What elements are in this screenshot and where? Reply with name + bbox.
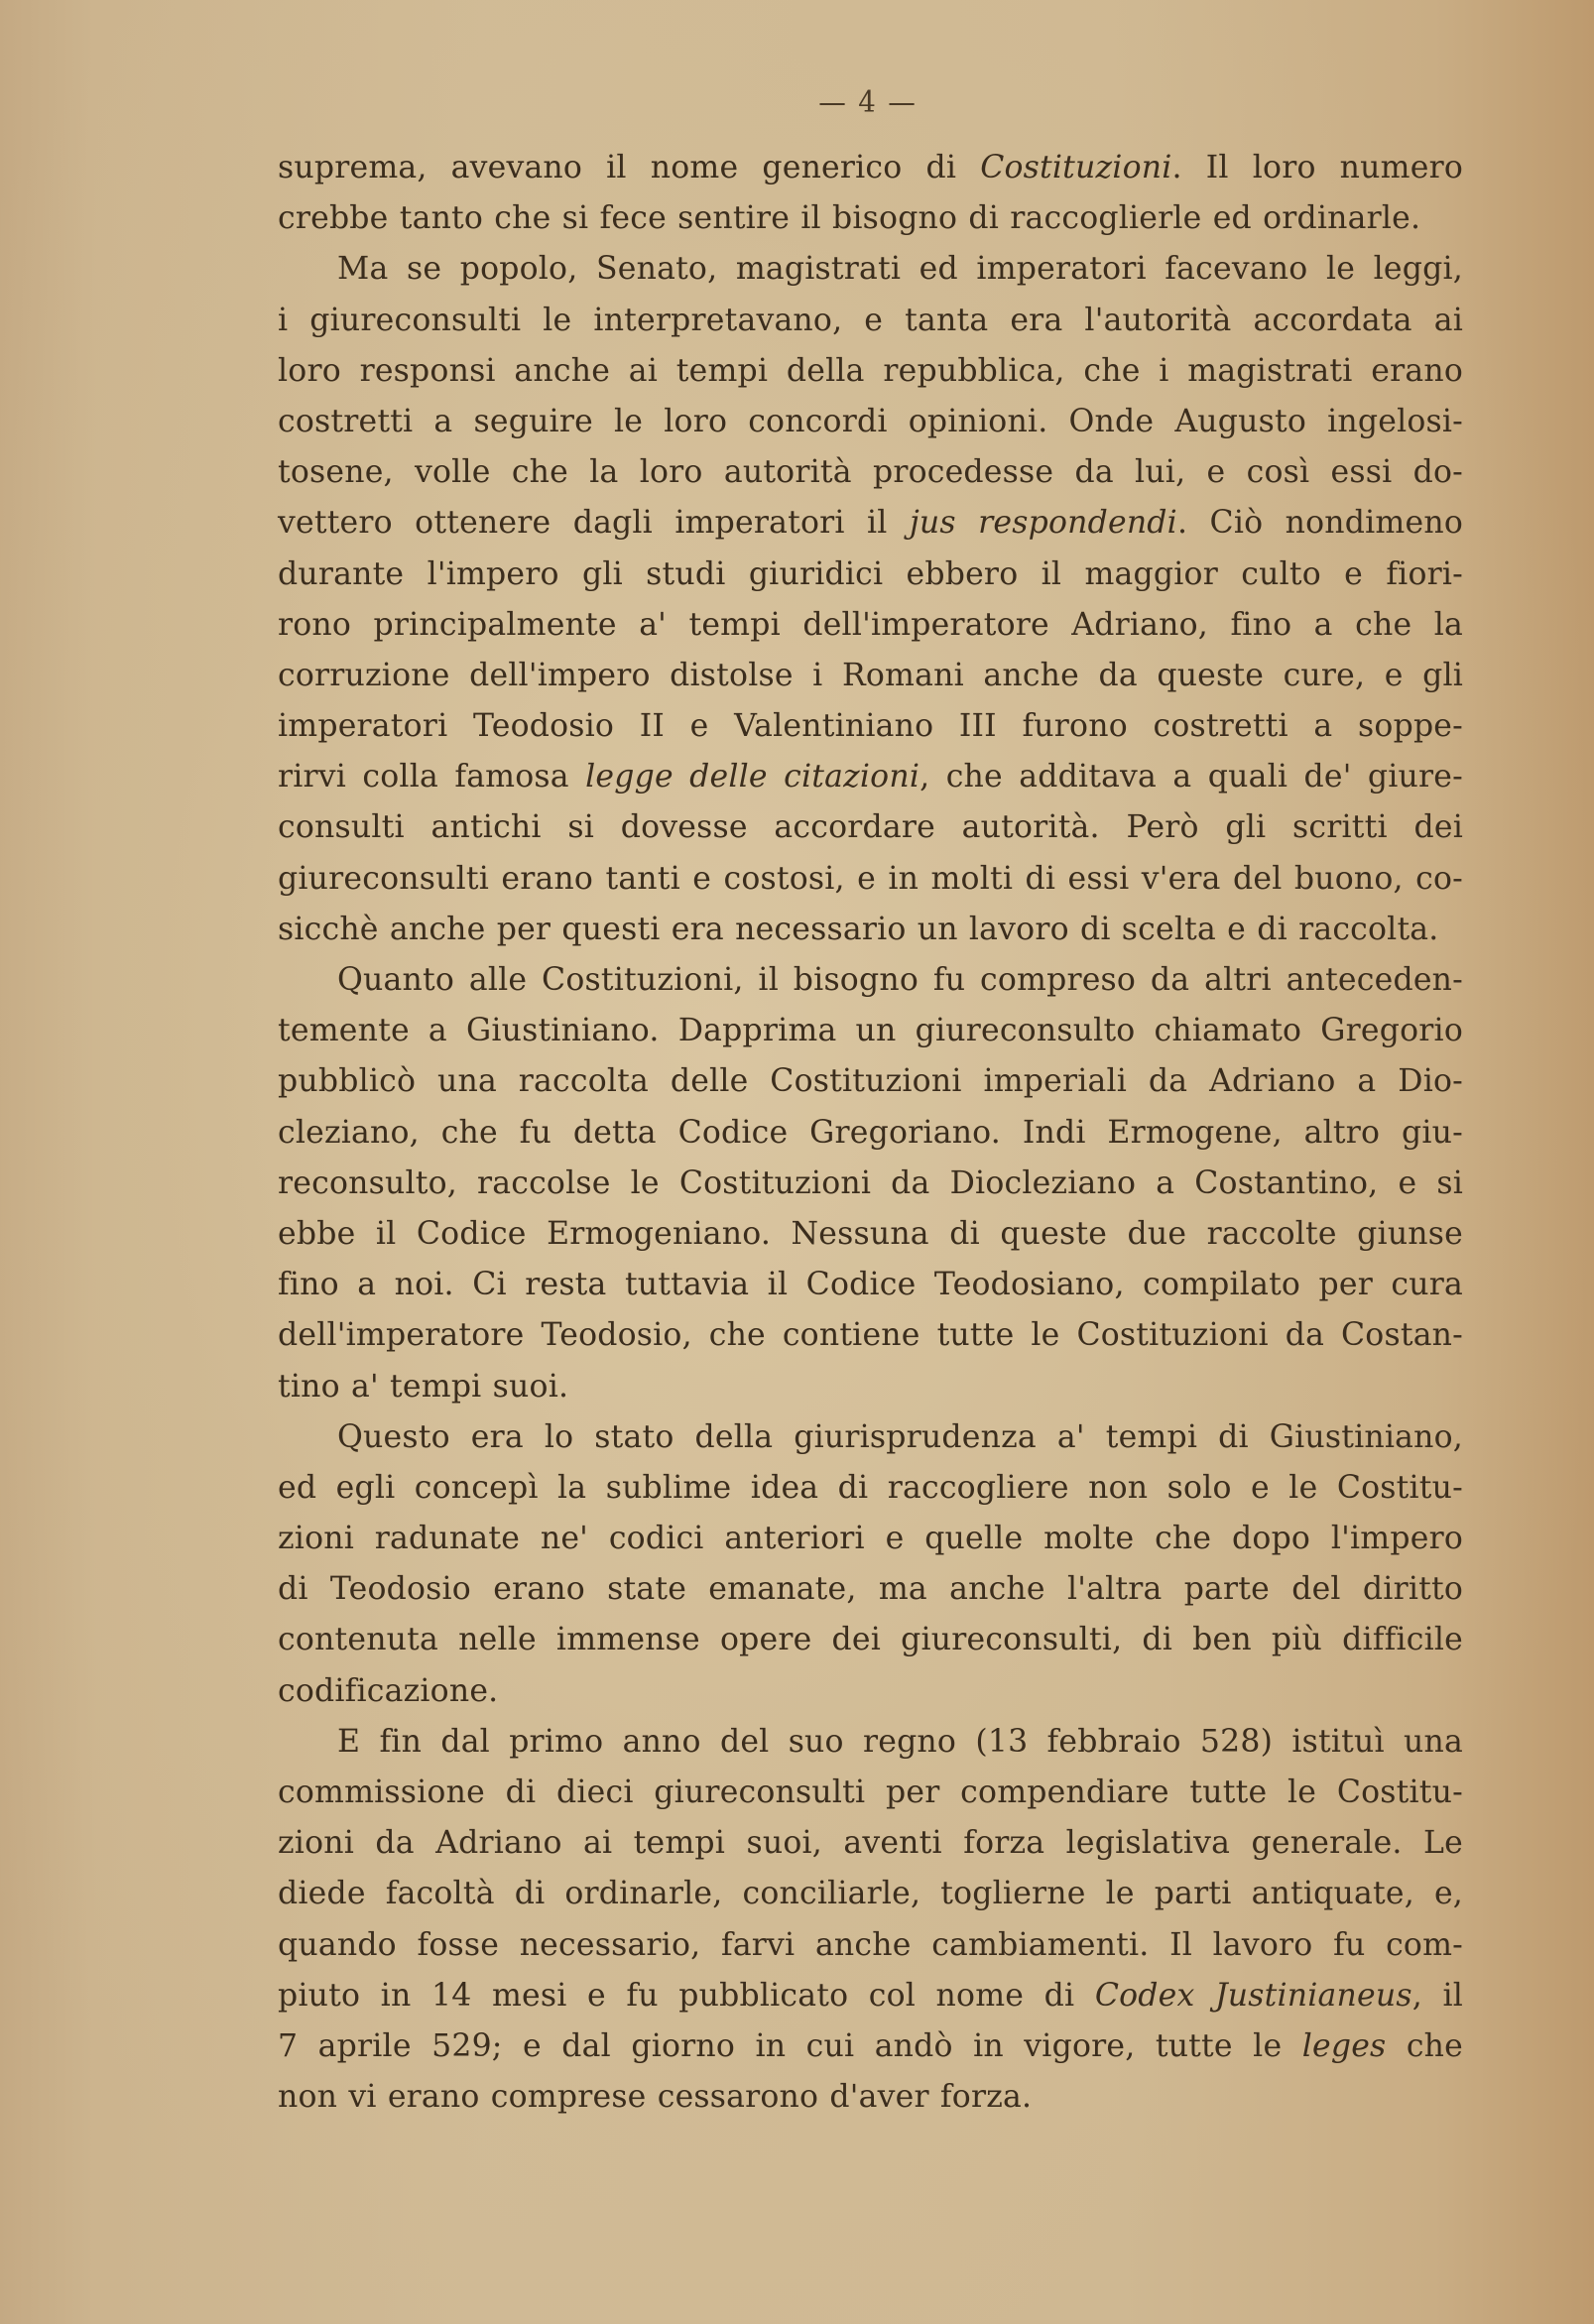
text-run: giureconsulti erano tanti e costosi, e i… xyxy=(278,861,1463,897)
italic-term: legge delle citazioni xyxy=(585,759,920,795)
text-line-content: dell'imperatore Teodosio, che contiene t… xyxy=(278,1310,1463,1361)
text-line: ed egli concepì la sublime idea di racco… xyxy=(278,1463,1463,1514)
text-line-content: consulti antichi si dovesse accordare au… xyxy=(278,802,1463,853)
text-line: durante l'impero gli studi giuridici ebb… xyxy=(278,550,1463,600)
text-run: dell'imperatore Teodosio, che contiene t… xyxy=(278,1317,1463,1353)
text-run: contenuta nelle immense opere dei giurec… xyxy=(278,1622,1463,1657)
paragraph-4: Questo era lo stato della giurisprudenza… xyxy=(278,1412,1463,1717)
text-run: non vi erano comprese cessarono d'aver f… xyxy=(278,2079,1032,2115)
text-line-content: piuto in 14 mesi e fu pubblicato col nom… xyxy=(278,1971,1463,2021)
text-run: zioni da Adriano ai tempi suoi, aventi f… xyxy=(278,1825,1463,1861)
text-run: piuto in 14 mesi e fu pubblicato col nom… xyxy=(278,1978,1095,2014)
text-line-content: temente a Giustiniano. Dapprima un giure… xyxy=(278,1006,1463,1056)
italic-term: Codex Justinianeus xyxy=(1095,1978,1412,2014)
text-line: pubblicò una raccolta delle Costituzioni… xyxy=(278,1056,1463,1107)
text-run: quando fosse necessario, farvi anche cam… xyxy=(278,1927,1463,1963)
text-run: , il xyxy=(1412,1978,1463,2014)
text-run: reconsulto, raccolse le Costituzioni da … xyxy=(278,1165,1463,1201)
paragraph-1: suprema, avevano il nome generico di Cos… xyxy=(278,143,1463,244)
text-run: loro responsi anche ai tempi della repub… xyxy=(278,353,1463,389)
text-line-content: reconsulto, raccolse le Costituzioni da … xyxy=(278,1159,1463,1209)
text-line-content: quando fosse necessario, farvi anche cam… xyxy=(278,1920,1463,1971)
text-line: diede facoltà di ordinarle, conciliarle,… xyxy=(278,1869,1463,1919)
text-line: Questo era lo stato della giurisprudenza… xyxy=(278,1412,1463,1463)
text-line: rono principalmente a' tempi dell'impera… xyxy=(278,600,1463,651)
text-run: cleziano, che fu detta Codice Gregoriano… xyxy=(278,1115,1463,1151)
text-line: reconsulto, raccolse le Costituzioni da … xyxy=(278,1159,1463,1209)
text-line: rirvi colla famosa legge delle citazioni… xyxy=(278,752,1463,802)
text-run: tosene, volle che la loro autorità proce… xyxy=(278,454,1463,490)
text-run: rono principalmente a' tempi dell'impera… xyxy=(278,607,1463,643)
text-line: non vi erano comprese cessarono d'aver f… xyxy=(278,2072,1463,2123)
text-line: vettero ottenere dagli imperatori il jus… xyxy=(278,498,1463,549)
text-line-content: imperatori Teodosio II e Valentiniano II… xyxy=(278,701,1463,752)
text-line-content: non vi erano comprese cessarono d'aver f… xyxy=(278,2072,1463,2123)
text-run: sicchè anche per questi era necessario u… xyxy=(278,912,1439,947)
text-line: giureconsulti erano tanti e costosi, e i… xyxy=(278,854,1463,905)
text-line: loro responsi anche ai tempi della repub… xyxy=(278,346,1463,397)
text-line-content: codificazione. xyxy=(278,1666,1463,1717)
text-line-content: Ma se popolo, Senato, magistrati ed impe… xyxy=(337,244,1463,295)
text-line: 7 aprile 529; e dal giorno in cui andò i… xyxy=(278,2021,1463,2072)
text-run: i giureconsulti le interpretavano, e tan… xyxy=(278,303,1463,338)
text-line: crebbe tanto che si fece sentire il biso… xyxy=(278,193,1463,244)
text-run: vettero ottenere dagli imperatori il xyxy=(278,505,910,541)
text-line: tino a' tempi suoi. xyxy=(278,1362,1463,1412)
paragraph-3: Quanto alle Costituzioni, il bisogno fu … xyxy=(278,955,1463,1412)
text-run: Ma se popolo, Senato, magistrati ed impe… xyxy=(337,251,1463,287)
text-run: fino a noi. Ci resta tuttavia il Codice … xyxy=(278,1267,1463,1302)
page-number: — 4 — xyxy=(69,85,1594,121)
text-line: di Teodosio erano state emanate, ma anch… xyxy=(278,1564,1463,1615)
text-run: E fin dal primo anno del suo regno (13 f… xyxy=(337,1724,1463,1760)
text-line-content: corruzione dell'impero distolse i Romani… xyxy=(278,651,1463,701)
text-line-content: diede facoltà di ordinarle, conciliarle,… xyxy=(278,1869,1463,1919)
text-run: commissione di dieci giureconsulti per c… xyxy=(278,1774,1463,1810)
text-line: ebbe il Codice Ermogeniano. Nessuna di q… xyxy=(278,1209,1463,1260)
text-run: , che additava a quali de' giure- xyxy=(920,759,1463,795)
text-line: commissione di dieci giureconsulti per c… xyxy=(278,1768,1463,1818)
text-run: consulti antichi si dovesse accordare au… xyxy=(278,809,1463,845)
book-page: — 4 — suprema, avevano il nome generico … xyxy=(0,0,1594,2324)
text-run: rirvi colla famosa xyxy=(278,759,585,795)
text-run: 7 aprile 529; e dal giorno in cui andò i… xyxy=(278,2028,1302,2064)
text-line-content: contenuta nelle immense opere dei giurec… xyxy=(278,1615,1463,1665)
text-line-content: commissione di dieci giureconsulti per c… xyxy=(278,1768,1463,1818)
text-run: ebbe il Codice Ermogeniano. Nessuna di q… xyxy=(278,1216,1463,1252)
text-run: tino a' tempi suoi. xyxy=(278,1369,568,1405)
text-run: temente a Giustiniano. Dapprima un giure… xyxy=(278,1013,1463,1048)
text-line: sicchè anche per questi era necessario u… xyxy=(278,905,1463,955)
text-run: codificazione. xyxy=(278,1673,498,1709)
text-line: Quanto alle Costituzioni, il bisogno fu … xyxy=(278,955,1463,1006)
text-line-content: rirvi colla famosa legge delle citazioni… xyxy=(278,752,1463,802)
text-line: consulti antichi si dovesse accordare au… xyxy=(278,802,1463,853)
text-line-content: loro responsi anche ai tempi della repub… xyxy=(278,346,1463,397)
text-run: Questo era lo stato della giurisprudenza… xyxy=(337,1419,1463,1455)
text-line-content: 7 aprile 529; e dal giorno in cui andò i… xyxy=(278,2021,1463,2072)
text-line-content: suprema, avevano il nome generico di Cos… xyxy=(278,143,1463,193)
text-line-content: costretti a seguire le loro concordi opi… xyxy=(278,397,1463,447)
text-line-content: tosene, volle che la loro autorità proce… xyxy=(278,447,1463,498)
text-line: tosene, volle che la loro autorità proce… xyxy=(278,447,1463,498)
text-line: contenuta nelle immense opere dei giurec… xyxy=(278,1615,1463,1665)
text-line-content: di Teodosio erano state emanate, ma anch… xyxy=(278,1564,1463,1615)
text-run: . Il loro numero xyxy=(1172,150,1463,185)
text-run: diede facoltà di ordinarle, conciliarle,… xyxy=(278,1876,1463,1911)
text-run: Quanto alle Costituzioni, il bisogno fu … xyxy=(337,962,1463,998)
text-line: cleziano, che fu detta Codice Gregoriano… xyxy=(278,1108,1463,1159)
text-line-content: i giureconsulti le interpretavano, e tan… xyxy=(278,296,1463,346)
italic-term: Costituzioni xyxy=(980,150,1171,185)
text-line: fino a noi. Ci resta tuttavia il Codice … xyxy=(278,1260,1463,1310)
italic-term: leges xyxy=(1302,2028,1387,2064)
text-line: corruzione dell'impero distolse i Romani… xyxy=(278,651,1463,701)
text-line-content: pubblicò una raccolta delle Costituzioni… xyxy=(278,1056,1463,1107)
text-line-content: tino a' tempi suoi. xyxy=(278,1362,1463,1412)
text-line-content: cleziano, che fu detta Codice Gregoriano… xyxy=(278,1108,1463,1159)
text-line-content: zioni da Adriano ai tempi suoi, aventi f… xyxy=(278,1818,1463,1869)
body-text: suprema, avevano il nome generico di Cos… xyxy=(278,143,1463,2123)
text-line-content: durante l'impero gli studi giuridici ebb… xyxy=(278,550,1463,600)
text-line-content: giureconsulti erano tanti e costosi, e i… xyxy=(278,854,1463,905)
text-run: zioni radunate ne' codici anteriori e qu… xyxy=(278,1521,1463,1556)
text-line-content: E fin dal primo anno del suo regno (13 f… xyxy=(337,1717,1463,1768)
text-run: pubblicò una raccolta delle Costituzioni… xyxy=(278,1063,1463,1099)
text-run: di Teodosio erano state emanate, ma anch… xyxy=(278,1571,1463,1607)
text-run: durante l'impero gli studi giuridici ebb… xyxy=(278,556,1463,592)
paragraph-5: E fin dal primo anno del suo regno (13 f… xyxy=(278,1717,1463,2124)
text-line-content: rono principalmente a' tempi dell'impera… xyxy=(278,600,1463,651)
text-line: piuto in 14 mesi e fu pubblicato col nom… xyxy=(278,1971,1463,2021)
text-line: zioni radunate ne' codici anteriori e qu… xyxy=(278,1514,1463,1564)
text-run: imperatori Teodosio II e Valentiniano II… xyxy=(278,708,1463,744)
text-line: Ma se popolo, Senato, magistrati ed impe… xyxy=(278,244,1463,295)
text-line: costretti a seguire le loro concordi opi… xyxy=(278,397,1463,447)
text-run: costretti a seguire le loro concordi opi… xyxy=(278,404,1463,439)
text-line-content: sicchè anche per questi era necessario u… xyxy=(278,905,1463,955)
text-run: che xyxy=(1386,2028,1463,2064)
text-run: corruzione dell'impero distolse i Romani… xyxy=(278,658,1463,693)
text-line-content: crebbe tanto che si fece sentire il biso… xyxy=(278,193,1463,244)
text-line: zioni da Adriano ai tempi suoi, aventi f… xyxy=(278,1818,1463,1869)
text-run: suprema, avevano il nome generico di xyxy=(278,150,980,185)
text-line: dell'imperatore Teodosio, che contiene t… xyxy=(278,1310,1463,1361)
text-line: i giureconsulti le interpretavano, e tan… xyxy=(278,296,1463,346)
paragraph-2: Ma se popolo, Senato, magistrati ed impe… xyxy=(278,244,1463,955)
text-line: suprema, avevano il nome generico di Cos… xyxy=(278,143,1463,193)
text-line-content: ebbe il Codice Ermogeniano. Nessuna di q… xyxy=(278,1209,1463,1260)
text-run: crebbe tanto che si fece sentire il biso… xyxy=(278,200,1420,236)
text-line-content: Quanto alle Costituzioni, il bisogno fu … xyxy=(337,955,1463,1006)
text-run: ed egli concepì la sublime idea di racco… xyxy=(278,1470,1463,1506)
italic-term: jus respondendi xyxy=(910,505,1177,541)
text-line-content: zioni radunate ne' codici anteriori e qu… xyxy=(278,1514,1463,1564)
text-line-content: fino a noi. Ci resta tuttavia il Codice … xyxy=(278,1260,1463,1310)
text-line: quando fosse necessario, farvi anche cam… xyxy=(278,1920,1463,1971)
text-line: imperatori Teodosio II e Valentiniano II… xyxy=(278,701,1463,752)
text-run: . Ciò nondimeno xyxy=(1177,505,1463,541)
text-line-content: Questo era lo stato della giurisprudenza… xyxy=(337,1412,1463,1463)
text-line: E fin dal primo anno del suo regno (13 f… xyxy=(278,1717,1463,1768)
text-line-content: vettero ottenere dagli imperatori il jus… xyxy=(278,498,1463,549)
text-line: codificazione. xyxy=(278,1666,1463,1717)
text-line-content: ed egli concepì la sublime idea di racco… xyxy=(278,1463,1463,1514)
text-line: temente a Giustiniano. Dapprima un giure… xyxy=(278,1006,1463,1056)
